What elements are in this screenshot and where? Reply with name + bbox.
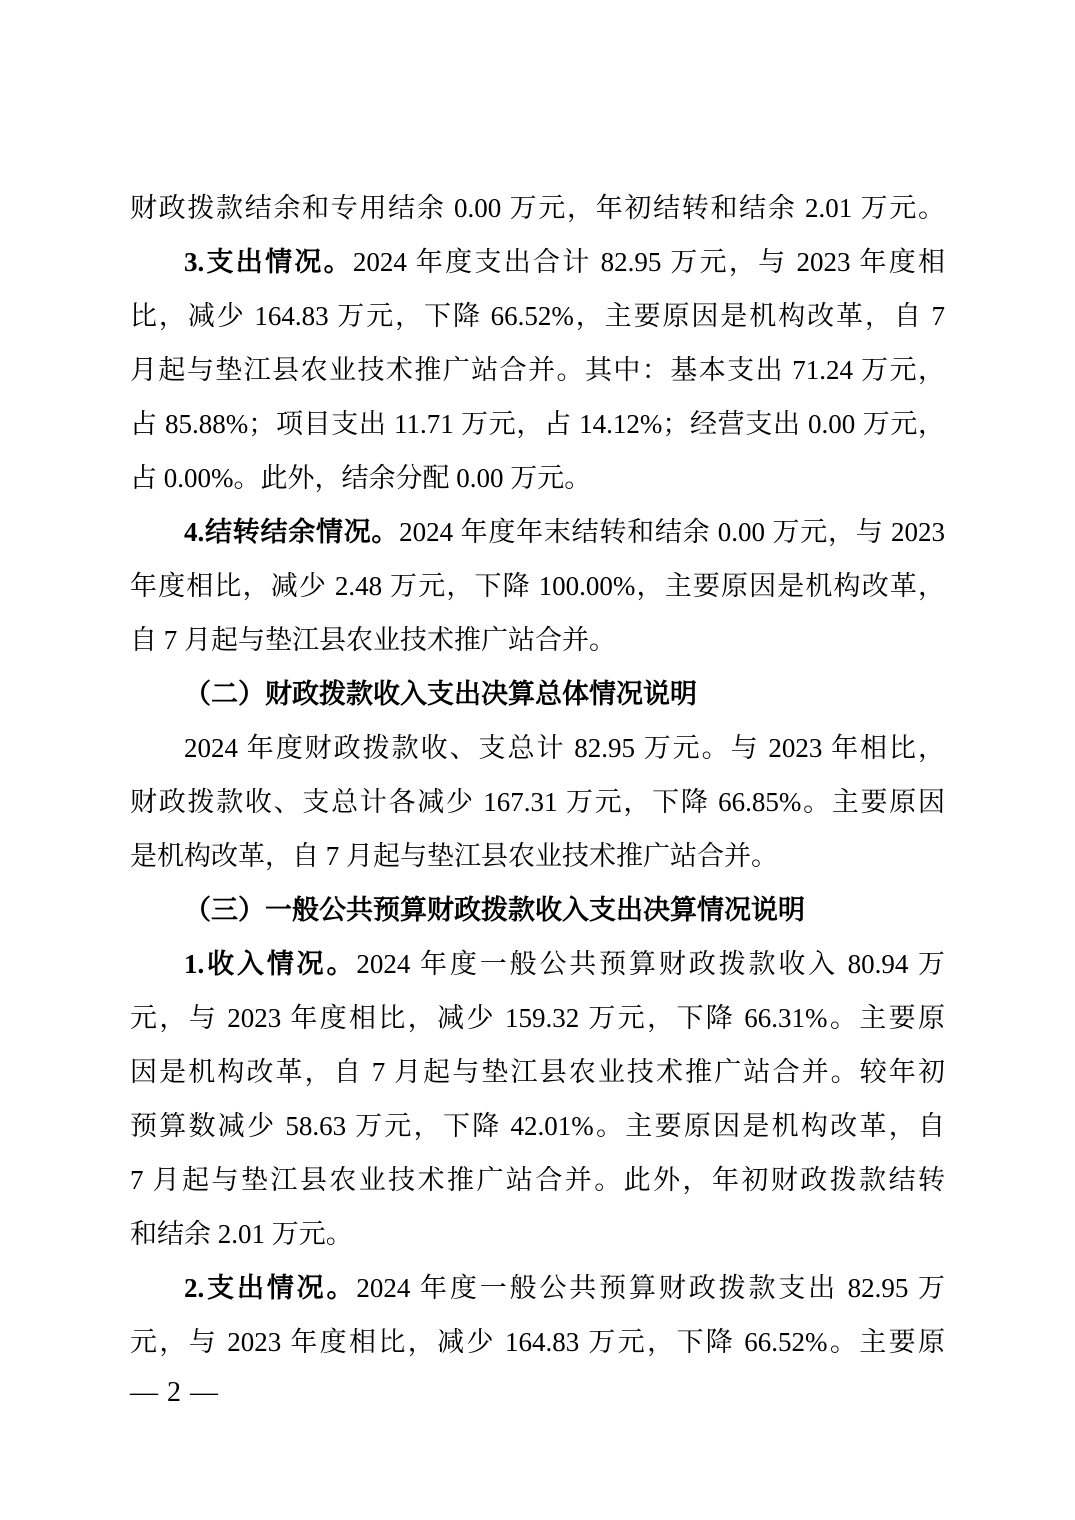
bold-lead-text: 1.收入情况。: [184, 949, 356, 979]
bold-lead-text: 2.支出情况。: [184, 1273, 356, 1303]
line-text: 年度相比，减少 2.48 万元，下降 100.00%，主要原因是机构改革，: [130, 571, 945, 601]
text-line: 元，与 2023 年度相比，减少 159.32 万元，下降 66.31%。主要原: [130, 991, 945, 1045]
line-text: 占 85.88%；项目支出 11.71 万元，占 14.12%；经营支出 0.0…: [130, 409, 945, 439]
text-line: 和结余 2.01 万元。: [130, 1207, 945, 1261]
text-line: 是机构改革，自 7 月起与垫江县农业技术推广站合并。: [130, 829, 945, 883]
text-line: 月起与垫江县农业技术推广站合并。其中：基本支出 71.24 万元，: [130, 343, 945, 397]
text-line: 元，与 2023 年度相比，减少 164.83 万元，下降 66.52%。主要原: [130, 1315, 945, 1369]
text-line: 4.结转结余情况。2024 年度年末结转和结余 0.00 万元，与 2023: [130, 505, 945, 559]
text-line: （三）一般公共预算财政拨款收入支出决算情况说明: [130, 883, 945, 937]
line-text: 财政拨款结余和专用结余 0.00 万元，年初结转和结余 2.01 万元。: [130, 193, 945, 223]
document-body: 财政拨款结余和专用结余 0.00 万元，年初结转和结余 2.01 万元。3.支出…: [130, 181, 945, 1369]
text-line: 3.支出情况。2024 年度支出合计 82.95 万元，与 2023 年度相: [130, 235, 945, 289]
bold-lead-text: （三）一般公共预算财政拨款收入支出决算情况说明: [184, 895, 805, 925]
line-text: 7 月起与垫江县农业技术推广站合并。此外，年初财政拨款结转: [130, 1165, 945, 1195]
line-text: 占 0.00%。此外，结余分配 0.00 万元。: [130, 463, 591, 493]
line-text: 2024 年度一般公共预算财政拨款支出 82.95 万: [356, 1273, 945, 1303]
bold-lead-text: （二）财政拨款收入支出决算总体情况说明: [184, 679, 697, 709]
line-text: 自 7 月起与垫江县农业技术推广站合并。: [130, 625, 616, 655]
text-line: 7 月起与垫江县农业技术推广站合并。此外，年初财政拨款结转: [130, 1153, 945, 1207]
text-line: 比，减少 164.83 万元，下降 66.52%，主要原因是机构改革，自 7: [130, 289, 945, 343]
line-text: 2024 年度支出合计 82.95 万元，与 2023 年度相: [353, 247, 945, 277]
line-text: 2024 年度年末结转和结余 0.00 万元，与 2023: [399, 517, 945, 547]
line-text: 因是机构改革，自 7 月起与垫江县农业技术推广站合并。较年初: [130, 1057, 945, 1087]
text-line: 2.支出情况。2024 年度一般公共预算财政拨款支出 82.95 万: [130, 1261, 945, 1315]
line-text: 预算数减少 58.63 万元，下降 42.01%。主要原因是机构改革，自: [130, 1111, 945, 1141]
text-line: 1.收入情况。2024 年度一般公共预算财政拨款收入 80.94 万: [130, 937, 945, 991]
text-line: 财政拨款结余和专用结余 0.00 万元，年初结转和结余 2.01 万元。: [130, 181, 945, 235]
line-text: 元，与 2023 年度相比，减少 164.83 万元，下降 66.52%。主要原: [130, 1327, 945, 1357]
text-line: 因是机构改革，自 7 月起与垫江县农业技术推广站合并。较年初: [130, 1045, 945, 1099]
bold-lead-text: 4.结转结余情况。: [184, 517, 399, 547]
line-text: 财政拨款收、支总计各减少 167.31 万元，下降 66.85%。主要原因: [130, 787, 945, 817]
page-number-footer: — 2 —: [130, 1377, 219, 1409]
line-text: 月起与垫江县农业技术推广站合并。其中：基本支出 71.24 万元，: [130, 355, 945, 385]
line-text: 2024 年度财政拨款收、支总计 82.95 万元。与 2023 年相比，: [184, 733, 945, 763]
text-line: 占 85.88%；项目支出 11.71 万元，占 14.12%；经营支出 0.0…: [130, 397, 945, 451]
line-text: 2024 年度一般公共预算财政拨款收入 80.94 万: [356, 949, 945, 979]
text-line: 年度相比，减少 2.48 万元，下降 100.00%，主要原因是机构改革，: [130, 559, 945, 613]
text-line: 预算数减少 58.63 万元，下降 42.01%。主要原因是机构改革，自: [130, 1099, 945, 1153]
text-line: 财政拨款收、支总计各减少 167.31 万元，下降 66.85%。主要原因: [130, 775, 945, 829]
document-page: { "page": { "bg_color": "#ffffff", "text…: [0, 0, 1075, 1520]
line-text: 元，与 2023 年度相比，减少 159.32 万元，下降 66.31%。主要原: [130, 1003, 945, 1033]
text-line: （二）财政拨款收入支出决算总体情况说明: [130, 667, 945, 721]
line-text: 是机构改革，自 7 月起与垫江县农业技术推广站合并。: [130, 841, 778, 871]
text-line: 占 0.00%。此外，结余分配 0.00 万元。: [130, 451, 945, 505]
bold-lead-text: 3.支出情况。: [184, 247, 353, 277]
text-line: 2024 年度财政拨款收、支总计 82.95 万元。与 2023 年相比，: [130, 721, 945, 775]
line-text: 比，减少 164.83 万元，下降 66.52%，主要原因是机构改革，自 7: [130, 301, 945, 331]
line-text: 和结余 2.01 万元。: [130, 1219, 353, 1249]
text-line: 自 7 月起与垫江县农业技术推广站合并。: [130, 613, 945, 667]
